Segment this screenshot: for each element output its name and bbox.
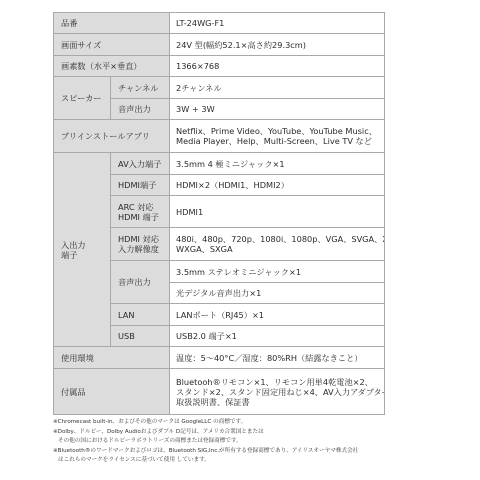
table-row: 入出力 端子 AV入力端子 3.5mm 4 極ミニジャック×1 — [54, 153, 385, 175]
table-row: 付属品 Bluetooh®リモコン×1、リモコン用単4乾電池×2、 スタンド×2… — [54, 369, 385, 415]
arc-label-line-2: HDMI 端子 — [118, 212, 169, 222]
spec-value-audio-output: 3W + 3W — [170, 99, 385, 120]
note-dolby: ※Dolby、ドルビー、Dolby Audioおよびダブル D記号は、アメリカ合… — [53, 428, 473, 438]
accessories-line-3: 取扱説明書、保証書 — [176, 397, 384, 407]
spec-value-environment: 温度：5〜40°C／湿度：80%RH（結露なきこと） — [170, 347, 385, 369]
spec-label-io-terminals: 入出力 端子 — [54, 153, 111, 347]
table-row: 使用環境 温度：5〜40°C／湿度：80%RH（結露なきこと） — [54, 347, 385, 369]
table-row: 画面サイズ 24V 型(幅約52.1×高さ約29.3cm) — [54, 34, 385, 56]
spec-sublabel-usb: USB — [111, 326, 170, 347]
apps-line-1: Netflix、Prime Video、YouTube、YouTube Musi… — [176, 126, 384, 136]
spec-value-lan: LANポート（RJ45）×1 — [170, 304, 385, 326]
hdmi-res-line-2: WXGA、SXGA — [176, 244, 384, 254]
spec-value-optical-output: 光デジタル音声出力×1 — [170, 283, 385, 304]
spec-value-channel: 2チャンネル — [170, 77, 385, 99]
note-chromecast: ※Chromecast built-in、およびその他のマークは GoogleL… — [53, 418, 473, 428]
trademark-notes: ※Chromecast built-in、およびその他のマークは GoogleL… — [53, 418, 473, 466]
note-dolby-cont: その他の国におけるドルビーラボラトリーズの商標または登録商標です。 — [53, 437, 473, 447]
spec-label-screen-size: 画面サイズ — [54, 34, 170, 56]
spec-value-resolution: 1366×768 — [170, 56, 385, 77]
spec-label-preinstalled-apps: プリインストールアプリ — [54, 120, 170, 153]
hdmi-res-line-1: 480i、480p、720p、1080i、1080p、VGA、SVGA、XGA、 — [176, 234, 384, 244]
apps-line-2: Media Player、Help、Multi-Screen、Live TV な… — [176, 136, 384, 146]
arc-label-line-1: ARC 対応 — [118, 202, 169, 212]
spec-value-screen-size: 24V 型(幅約52.1×高さ約29.3cm) — [170, 34, 385, 56]
table-row: 品番 LT-24WG-F1 — [54, 13, 385, 34]
accessories-line-1: Bluetooh®リモコン×1、リモコン用単4乾電池×2、 — [176, 377, 384, 387]
note-bluetooth-cont: はこれらのマークをライセンスに基づいて使用 しています。 — [53, 456, 473, 466]
spec-sublabel-av-input: AV入力端子 — [111, 153, 170, 175]
spec-sublabel-hdmi-resolution: HDMI 対応 入力解像度 — [111, 228, 170, 261]
spec-sublabel-channel: チャンネル — [111, 77, 170, 99]
spec-sublabel-lan: LAN — [111, 304, 170, 326]
spec-value-hdmi: HDMI×2（HDMI1、HDMI2） — [170, 175, 385, 196]
spec-sublabel-audio-output: 音声出力 — [111, 99, 170, 120]
io-label-line-1: 入出力 — [61, 240, 110, 250]
spec-label-environment: 使用環境 — [54, 347, 170, 369]
hdmi-res-label-line-1: HDMI 対応 — [118, 234, 169, 244]
spec-value-model: LT-24WG-F1 — [170, 13, 385, 34]
spec-value-hdmi-resolution: 480i、480p、720p、1080i、1080p、VGA、SVGA、XGA、… — [170, 228, 385, 261]
note-bluetooth: ※Bluetooth®のワードマークおよびロゴは、Bluetooth SIG,I… — [53, 447, 473, 457]
table-row: プリインストールアプリ Netflix、Prime Video、YouTube、… — [54, 120, 385, 153]
spec-value-usb: USB2.0 端子×1 — [170, 326, 385, 347]
spec-value-preinstalled-apps: Netflix、Prime Video、YouTube、YouTube Musi… — [170, 120, 385, 153]
spec-value-av-input: 3.5mm 4 極ミニジャック×1 — [170, 153, 385, 175]
table-row: スピーカー チャンネル 2チャンネル — [54, 77, 385, 99]
spec-value-stereo-jack: 3.5mm ステレオミニジャック×1 — [170, 261, 385, 283]
io-label-line-2: 端子 — [61, 250, 110, 260]
spec-label-model: 品番 — [54, 13, 170, 34]
spec-label-speaker: スピーカー — [54, 77, 111, 120]
spec-value-arc-hdmi: HDMI1 — [170, 196, 385, 228]
spec-value-accessories: Bluetooh®リモコン×1、リモコン用単4乾電池×2、 スタンド×2、スタン… — [170, 369, 385, 415]
spec-sublabel-io-audio-output: 音声出力 — [111, 261, 170, 304]
spec-table: 品番 LT-24WG-F1 画面サイズ 24V 型(幅約52.1×高さ約29.3… — [53, 12, 385, 415]
spec-sublabel-arc-hdmi: ARC 対応 HDMI 端子 — [111, 196, 170, 228]
table-row: 画素数（水平×垂直） 1366×768 — [54, 56, 385, 77]
spec-sublabel-hdmi: HDMI端子 — [111, 175, 170, 196]
accessories-line-2: スタンド×2、スタンド固定用ねじ×4、AV入力アダプター、 — [176, 387, 384, 397]
hdmi-res-label-line-2: 入力解像度 — [118, 244, 169, 254]
spec-label-resolution: 画素数（水平×垂直） — [54, 56, 170, 77]
spec-label-accessories: 付属品 — [54, 369, 170, 415]
